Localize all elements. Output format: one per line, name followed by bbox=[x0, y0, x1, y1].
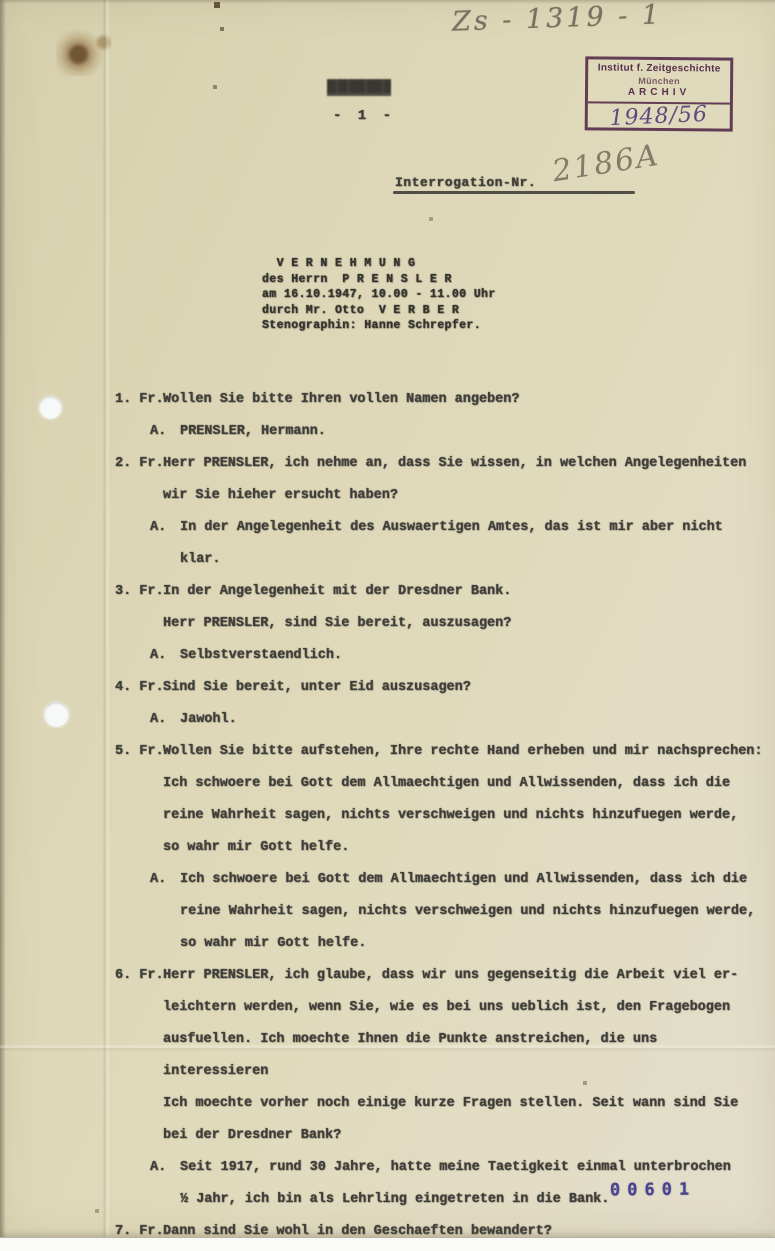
qa-marker: A. bbox=[150, 704, 166, 736]
qa-marker: A. bbox=[150, 864, 166, 896]
header-person: des Herrn P R E N S L E R bbox=[262, 272, 496, 288]
header-title: V E R N E H M U N G bbox=[262, 256, 496, 272]
vertical-fold-crease bbox=[102, 0, 110, 1237]
qa-answer: A.Ich schwoere bei Gott dem Allmaechtige… bbox=[115, 864, 765, 960]
qa-question: 1. Fr.Wollen Sie bitte Ihren vollen Name… bbox=[115, 384, 765, 416]
qa-question: 6. Fr.Herr PRENSLER, ich glaube, dass wi… bbox=[115, 960, 765, 1152]
document-header: V E R N E H M U N G des Herrn P R E N S … bbox=[262, 256, 496, 334]
qa-answer: A.In der Angelegenheit des Auswaertigen … bbox=[115, 512, 765, 576]
qa-answer: A.PRENSLER, Hermann. bbox=[115, 416, 765, 448]
handwritten-archive-reference: Zs - 1319 - 1 bbox=[452, 0, 663, 38]
archive-stamp-text: Institut f. Zeitgeschichte München ARCHI… bbox=[588, 59, 730, 104]
qa-answer: A.Jawohl. bbox=[115, 704, 765, 736]
scanned-document: Zs - 1319 - 1 █▓█▓██▓██▓█ - 1 - Institut… bbox=[0, 0, 775, 1251]
stamp-city-line: München bbox=[588, 74, 730, 87]
header-interrogator: durch Mr. Otto V E R B E R bbox=[262, 303, 496, 319]
stamp-archiv-line: ARCHIV bbox=[588, 86, 730, 99]
qa-marker: A. bbox=[150, 1152, 166, 1184]
qa-text: PRENSLER, Hermann. bbox=[180, 416, 765, 448]
qa-text: Selbstverstaendlich. bbox=[180, 640, 765, 672]
qa-marker: A. bbox=[150, 640, 166, 672]
qa-question: 5. Fr.Wollen Sie bitte aufstehen, Ihre r… bbox=[115, 736, 765, 864]
interrogation-label: Interrogation-Nr. bbox=[395, 175, 536, 190]
overtyped-heading: █▓█▓██▓██▓█ bbox=[327, 79, 391, 96]
qa-marker: 3. Fr. bbox=[115, 576, 164, 608]
archive-stamp: Institut f. Zeitgeschichte München ARCHI… bbox=[585, 56, 734, 131]
qa-marker: 6. Fr. bbox=[115, 960, 164, 992]
qa-question: 4. Fr.Sind Sie bereit, unter Eid auszusa… bbox=[115, 672, 765, 704]
punch-hole-bottom bbox=[44, 702, 69, 727]
qa-marker: A. bbox=[150, 512, 166, 544]
qa-marker: 1. Fr. bbox=[115, 384, 164, 416]
qa-question: 2. Fr.Herr PRENSLER, ich nehme an, dass … bbox=[115, 448, 765, 512]
qa-text: In der Angelegenheit des Auswaertigen Am… bbox=[180, 512, 765, 576]
qa-marker: 4. Fr. bbox=[115, 672, 164, 704]
page-stamp-number: 00601 bbox=[610, 1180, 696, 1201]
qa-text: Jawohl. bbox=[180, 704, 765, 736]
qa-text: Wollen Sie bitte aufstehen, Ihre rechte … bbox=[163, 736, 765, 864]
qa-text: Wollen Sie bitte Ihren vollen Namen ange… bbox=[163, 384, 765, 416]
qa-text: Herr PRENSLER, ich glaube, dass wir uns … bbox=[163, 960, 765, 1152]
page-number: - 1 - bbox=[333, 108, 395, 124]
stamp-number-handwritten: 1948/56 bbox=[587, 101, 730, 133]
qa-text: In der Angelegenheit mit der Dresdner Ba… bbox=[163, 576, 765, 640]
qa-question: 3. Fr.In der Angelegenheit mit der Dresd… bbox=[115, 576, 765, 640]
interrogation-underline bbox=[393, 191, 635, 194]
qa-text: Herr PRENSLER, ich nehme an, dass Sie wi… bbox=[163, 448, 765, 512]
qa-marker: 2. Fr. bbox=[115, 448, 164, 480]
qa-marker: A. bbox=[150, 416, 166, 448]
paper-sheet: Zs - 1319 - 1 █▓█▓██▓██▓█ - 1 - Institut… bbox=[0, 0, 775, 1237]
punch-hole-top bbox=[39, 396, 62, 419]
paper-specks bbox=[0, 0, 2, 2]
header-datetime: am 16.10.1947, 10.00 - 11.00 Uhr bbox=[262, 287, 496, 303]
handwritten-interrogation-number: 2186A bbox=[550, 138, 662, 189]
qa-text: Ich schwoere bei Gott dem Allmaechtigen … bbox=[180, 864, 765, 960]
scan-background-edge bbox=[0, 1237, 775, 1251]
header-stenographer: Stenographin: Hanne Schrepfer. bbox=[262, 318, 496, 334]
qa-list: 1. Fr.Wollen Sie bitte Ihren vollen Name… bbox=[115, 384, 765, 1248]
qa-answer: A.Selbstverstaendlich. bbox=[115, 640, 765, 672]
qa-marker: 5. Fr. bbox=[115, 736, 164, 768]
qa-text: Sind Sie bereit, unter Eid auszusagen? bbox=[163, 672, 765, 704]
interrogation-number-line: Interrogation-Nr. bbox=[395, 173, 536, 191]
